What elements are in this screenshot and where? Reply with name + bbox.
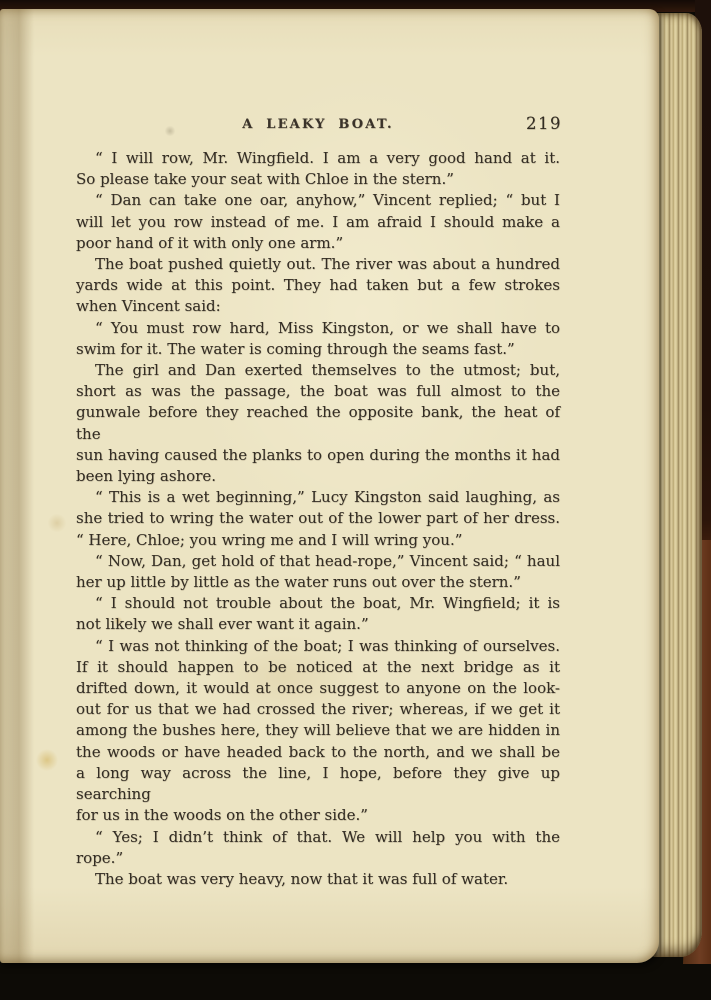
text-line: her up little by little as the water run… xyxy=(76,572,560,593)
text-line: out for us that we had crossed the river… xyxy=(76,699,560,720)
text-line: swim for it. The water is coming through… xyxy=(76,339,560,360)
body-text: “ I will row, Mr. Wingfield. I am a very… xyxy=(76,148,560,890)
text-line: poor hand of it with only one arm.” xyxy=(76,233,560,254)
text-line: not likely we shall ever want it again.” xyxy=(76,614,560,635)
text-line: will let you row instead of me. I am afr… xyxy=(76,212,560,233)
page-number: 219 xyxy=(526,114,562,133)
text-line: The boat pushed quietly out. The river w… xyxy=(76,254,560,275)
text-line: she tried to wring the water out of the … xyxy=(76,508,560,529)
text-line: among the bushes here, they will believe… xyxy=(76,720,560,741)
text-line: drifted down, it would at once suggest t… xyxy=(76,678,560,699)
text-line: So please take your seat with Chloe in t… xyxy=(76,169,560,190)
text-line: been lying ashore. xyxy=(76,466,560,487)
text-line: short as was the passage, the boat was f… xyxy=(76,381,560,402)
text-line: the woods or have headed back to the nor… xyxy=(76,742,560,763)
text-line: yards wide at this point. They had taken… xyxy=(76,275,560,296)
text-line: gunwale before they reached the opposite… xyxy=(76,402,560,444)
text-line: sun having caused the planks to open dur… xyxy=(76,445,560,466)
text-line: “ This is a wet beginning,” Lucy Kingsto… xyxy=(76,487,560,508)
text-line: If it should happen to be noticed at the… xyxy=(76,657,560,678)
text-line: “ I was not thinking of the boat; I was … xyxy=(76,636,560,657)
text-line: “ Dan can take one oar, anyhow,” Vincent… xyxy=(76,190,560,211)
book-page: A LEAKY BOAT. 219 “ I will row, Mr. Wing… xyxy=(0,9,659,963)
text-line: “ Here, Chloe; you wring me and I will w… xyxy=(76,530,560,551)
text-line: “ You must row hard, Miss Kingston, or w… xyxy=(76,318,560,339)
text-line: “ I should not trouble about the boat, M… xyxy=(76,593,560,614)
text-line: a long way across the line, I hope, befo… xyxy=(76,763,560,805)
page-header: A LEAKY BOAT. 219 xyxy=(76,107,560,148)
running-header: A LEAKY BOAT. xyxy=(76,107,560,132)
page-gutter-shadow xyxy=(4,9,34,963)
text-line: when Vincent said: xyxy=(76,296,560,317)
text-line: The boat was very heavy, now that it was… xyxy=(76,869,560,890)
text-line: “ Yes; I didn’t think of that. We will h… xyxy=(76,827,560,848)
book-scan: A LEAKY BOAT. 219 “ I will row, Mr. Wing… xyxy=(0,0,711,1000)
text-line: “ I will row, Mr. Wingfield. I am a very… xyxy=(76,148,560,169)
text-line: rope.” xyxy=(76,848,560,869)
text-line: “ Now, Dan, get hold of that head-rope,”… xyxy=(76,551,560,572)
text-line: for us in the woods on the other side.” xyxy=(76,805,560,826)
page-text-block: A LEAKY BOAT. 219 “ I will row, Mr. Wing… xyxy=(76,107,560,890)
text-line: The girl and Dan exerted themselves to t… xyxy=(76,360,560,381)
